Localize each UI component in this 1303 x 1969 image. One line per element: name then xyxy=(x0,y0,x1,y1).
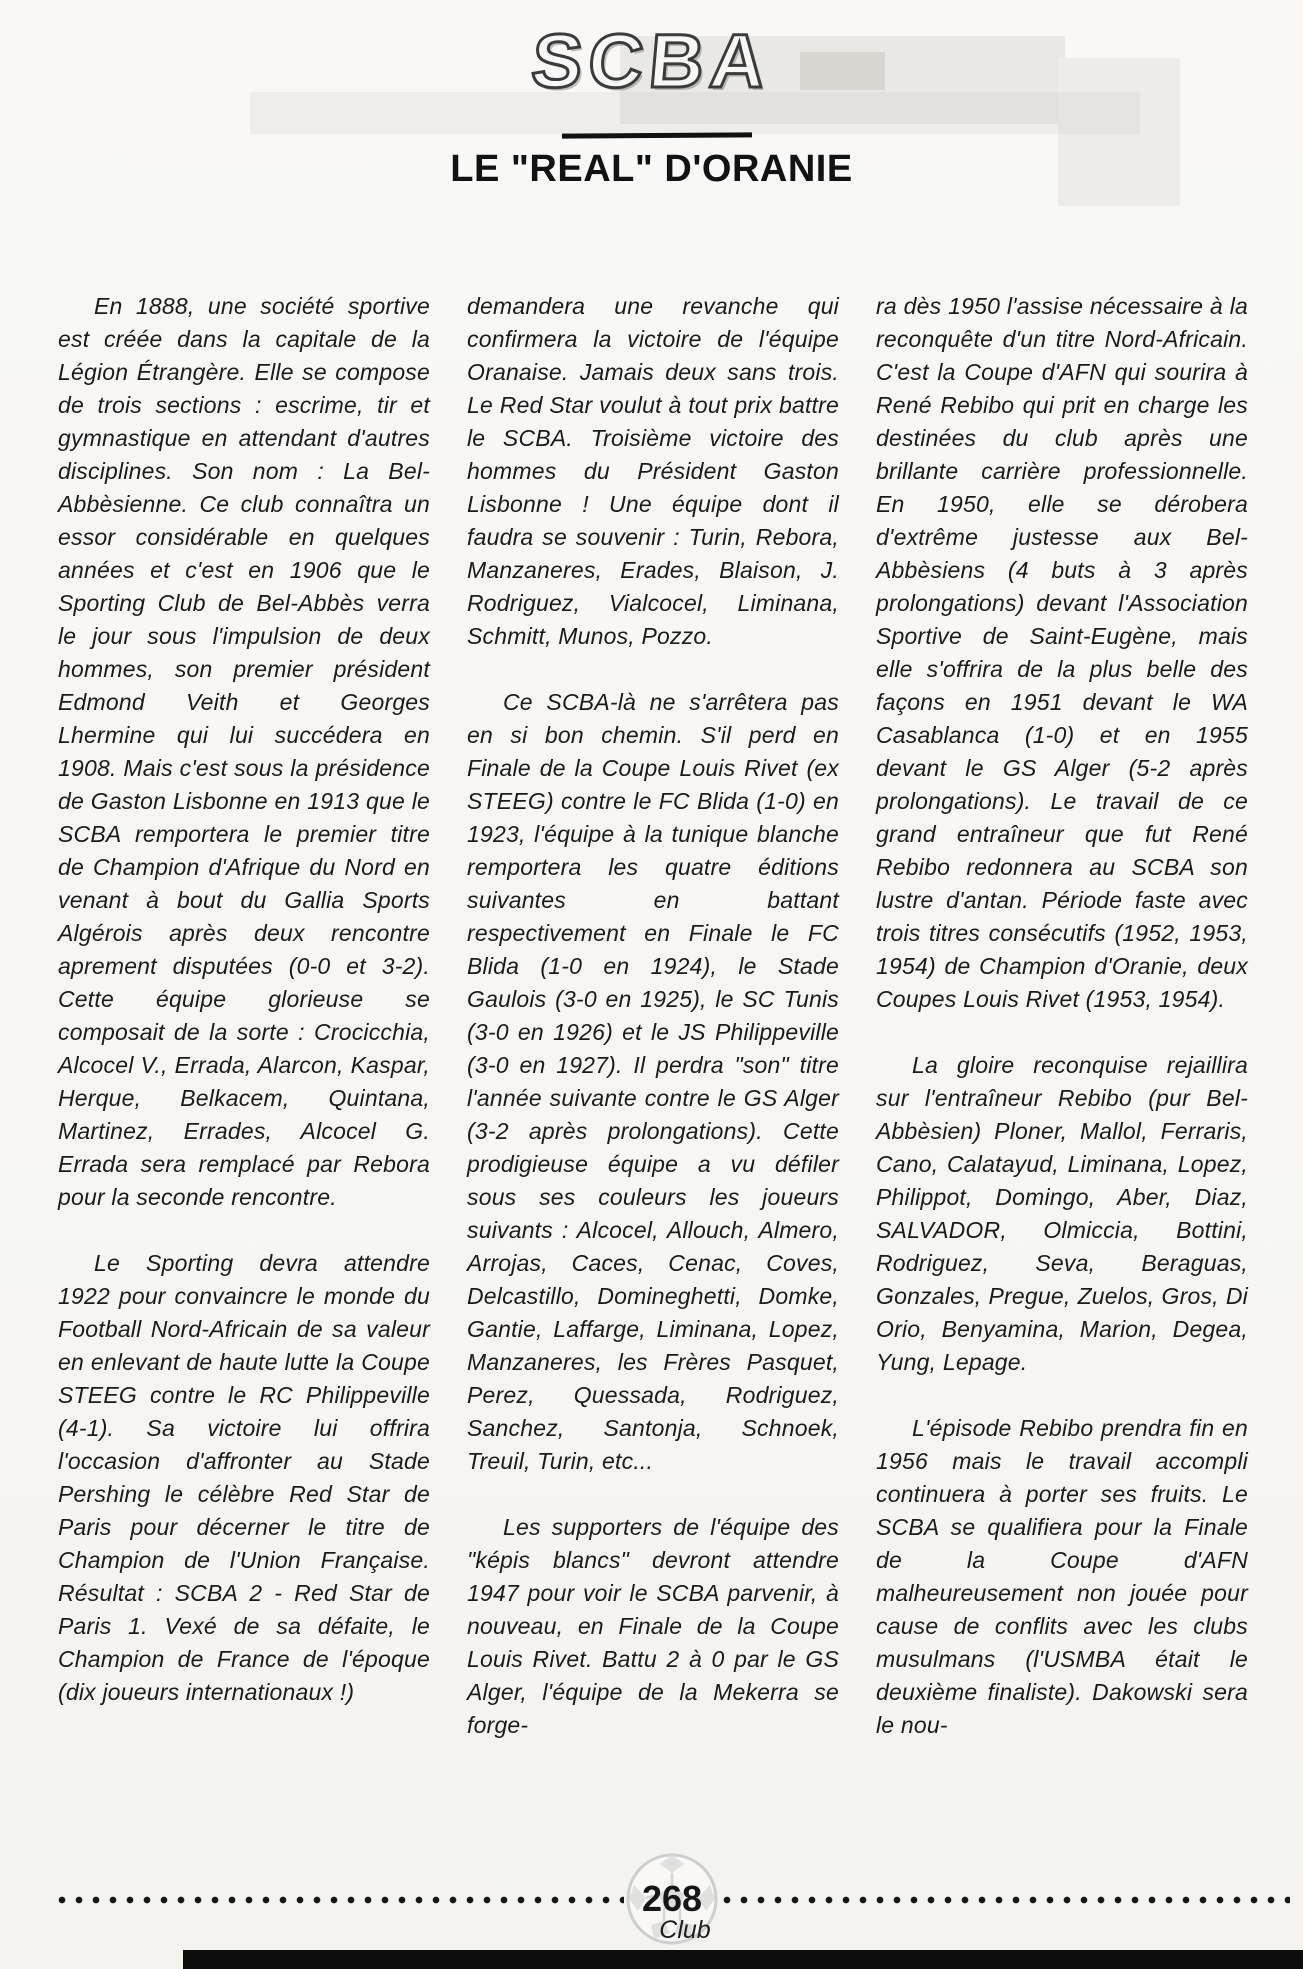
paragraph: La gloire reconquise rejaillira sur l'en… xyxy=(876,1049,1248,1379)
column-3: ra dès 1950 l'assise nécessaire à la rec… xyxy=(876,290,1248,1775)
dotted-leader-right xyxy=(723,1896,1290,1904)
column-1: En 1888, une société sportive est créée … xyxy=(58,290,430,1775)
paragraph: Le Sporting devra attendre 1922 pour con… xyxy=(58,1247,430,1709)
page: SCBA LE "REAL" D'ORANIE En 1888, une soc… xyxy=(0,0,1303,1969)
paragraph: En 1888, une société sportive est créée … xyxy=(58,290,430,1214)
title-divider xyxy=(562,132,752,138)
paragraph: ra dès 1950 l'assise nécessaire à la rec… xyxy=(876,290,1248,1016)
bottom-scan-bar xyxy=(183,1950,1303,1969)
paragraph: demandera une revanche qui confirmera la… xyxy=(467,290,839,653)
paragraph: Les supporters de l'équipe des "képis bl… xyxy=(467,1511,839,1742)
paragraph: Ce SCBA-là ne s'arrêtera pas en si bon c… xyxy=(467,686,839,1478)
article-columns: En 1888, une société sportive est créée … xyxy=(58,290,1258,1775)
page-number: 268 xyxy=(624,1878,720,1920)
dotted-leader-left xyxy=(58,1896,624,1904)
article-title: LE "REAL" D'ORANIE xyxy=(0,148,1303,191)
column-2: demandera une revanche qui confirmera la… xyxy=(467,290,839,1775)
paragraph: L'épisode Rebibo prendra fin en 1956 mai… xyxy=(876,1412,1248,1742)
club-caption: Club xyxy=(630,1916,740,1945)
club-logo-text: SCBA xyxy=(0,18,1303,105)
